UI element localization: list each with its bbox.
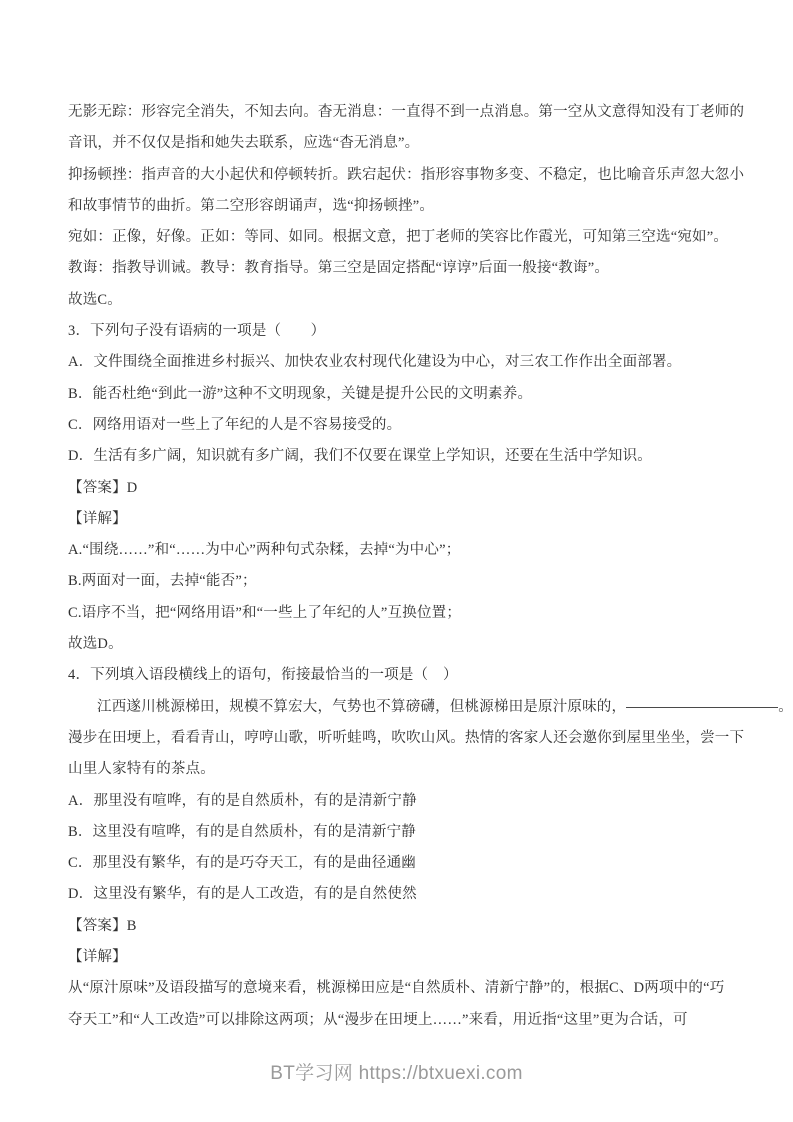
q2-explain-jiaohui: 教诲：指教导训诫。教导：教育指导。第三空是固定搭配“谆谆”后面一般接“教诲”。 (68, 253, 753, 284)
q4-option-a-text: A．那里没有喧哗，有的是自然质朴，有的是清新宁静 (68, 793, 417, 809)
fill-in-blank-line (626, 706, 778, 708)
q2-explain-wanru-text: 宛如：正像，好像。正如：等同、如同。根据文意，把丁老师的笑容比作霞光，可知第三空… (68, 229, 728, 245)
q4-detail-line-1: 从“原汁原味”及语段描写的意境来看，桃源梯田应是“自然质朴、清新宁静”的，根据C… (68, 973, 753, 1004)
q4-option-c: C．那里没有繁华，有的是巧夺天工，有的是曲径通幽 (68, 848, 753, 879)
q3-answer-tag: 【答案】D (68, 473, 753, 504)
q4-passage-line-2: 漫步在田埂上，看看青山，哼哼山歌，听听蛙鸣，吹吹山风。热情的客家人还会邀你到屋里… (68, 723, 753, 754)
q3-option-d: D．生活有多广阔，知识就有多广阔，我们不仅要在课堂上学知识，还要在生活中学知识。 (68, 441, 753, 472)
q4-option-a: A．那里没有喧哗，有的是自然质朴，有的是清新宁静 (68, 786, 753, 817)
q3-conclusion-text: 故选D。 (68, 636, 123, 652)
q3-detail-b: B.两面对一面，去掉“能否”； (68, 566, 753, 597)
q2-explain-wuyingwuzong-line-2: 音讯，并不仅仅是指和她失去联系，应选“杳无消息”。 (68, 128, 753, 159)
q2-explain-wanru: 宛如：正像，好像。正如：等同、如同。根据文意，把丁老师的笑容比作霞光，可知第三空… (68, 222, 753, 253)
q4-detail-tag-text: 【详解】 (68, 949, 127, 965)
q2-explain-jiaohui-text: 教诲：指教导训诫。教导：教育指导。第三空是固定搭配“谆谆”后面一般接“教诲”。 (68, 260, 609, 276)
q4-detail-line-2: 夺天工”和“人工改造”可以排除这两项；从“漫步在田埂上……”来看，用近指“这里”… (68, 1005, 753, 1036)
q4-passage-line-1-post: 。 (778, 699, 793, 715)
q3-answer-tag-text: 【答案】D (68, 480, 137, 496)
q4-detail-line-1-text: 从“原汁原味”及语段描写的意境来看，桃源梯田应是“自然质朴、清新宁静”的，根据C… (68, 980, 724, 996)
q3-detail-b-text: B.两面对一面，去掉“能否”； (68, 573, 257, 589)
q2-explain-yiyangduncuo-line-1-text: 抑扬顿挫：指声音的大小起伏和停顿转折。跌宕起伏：指形容事物多变、不稳定，也比喻音… (68, 167, 744, 183)
q3-detail-tag-text: 【详解】 (68, 511, 127, 527)
q4-passage-line-1-text: 江西遂川桃源梯田，规模不算宏大，气势也不算磅礴，但桃源梯田是原汁原味的， (97, 699, 626, 715)
q3-option-b: B．能否杜绝“到此一游”这种不文明现象，关键是提升公民的文明素养。 (68, 379, 753, 410)
q3-option-a: A．文件围绕全面推进乡村振兴、加快农业农村现代化建设为中心，对三农工作作出全面部… (68, 347, 753, 378)
q3-detail-a: A.“围绕……”和“……为中心”两种句式杂糅，去掉“为中心”； (68, 535, 753, 566)
q3-detail-c-text: C.语序不当，把“网络用语”和“一些上了年纪的人”互换位置； (68, 605, 461, 621)
q2-conclusion: 故选C。 (68, 285, 753, 316)
q4-passage-line-3: 山里人家特有的茶点。 (68, 754, 753, 785)
q3-detail-c: C.语序不当，把“网络用语”和“一些上了年纪的人”互换位置； (68, 598, 753, 629)
q4-detail-line-2-text: 夺天工”和“人工改造”可以排除这两项；从“漫步在田埂上……”来看，用近指“这里”… (68, 1012, 688, 1028)
watermark-site-url: BT学习网 https://btxuexi.com (0, 1058, 793, 1085)
q4-option-c-text: C．那里没有繁华，有的是巧夺天工，有的是曲径通幽 (68, 855, 416, 871)
document-body: 无影无踪：形容完全消失，不知去向。杳无消息：一直得不到一点消息。第一空从文意得知… (68, 97, 753, 1036)
q3-conclusion: 故选D。 (68, 629, 753, 660)
q2-explain-wuyingwuzong-line-2-text: 音讯，并不仅仅是指和她失去联系，应选“杳无消息”。 (68, 135, 419, 151)
q4-passage-line-3-text: 山里人家特有的茶点。 (68, 761, 215, 777)
q4-option-d: D．这里没有繁华，有的是人工改造，有的是自然使然 (68, 879, 753, 910)
q4-option-d-text: D．这里没有繁华，有的是人工改造，有的是自然使然 (68, 886, 417, 902)
q4-detail-tag: 【详解】 (68, 942, 753, 973)
q4-answer-tag: 【答案】B (68, 911, 753, 942)
q3-option-b-text: B．能否杜绝“到此一游”这种不文明现象，关键是提升公民的文明素养。 (68, 386, 532, 402)
q2-conclusion-text: 故选C。 (68, 292, 122, 308)
q3-detail-tag: 【详解】 (68, 504, 753, 535)
q4-option-b: B．这里没有喧哗，有的是自然质朴，有的是清新宁静 (68, 817, 753, 848)
q3-detail-a-text: A.“围绕……”和“……为中心”两种句式杂糅，去掉“为中心”； (68, 542, 460, 558)
q2-explain-yiyangduncuo-line-1: 抑扬顿挫：指声音的大小起伏和停顿转折。跌宕起伏：指形容事物多变、不稳定，也比喻音… (68, 160, 753, 191)
q4-option-b-text: B．这里没有喧哗，有的是自然质朴，有的是清新宁静 (68, 824, 416, 840)
q2-explain-wuyingwuzong-line-1-text: 无影无踪：形容完全消失，不知去向。杳无消息：一直得不到一点消息。第一空从文意得知… (68, 104, 744, 120)
q3-option-c: C．网络用语对一些上了年纪的人是不容易接受的。 (68, 410, 753, 441)
q4-stem: 4．下列填入语段横线上的语句，衔接最恰当的一项是（ ） (68, 660, 753, 691)
q4-passage-line-2-text: 漫步在田埂上，看看青山，哼哼山歌，听听蛙鸣，吹吹山风。热情的客家人还会邀你到屋里… (68, 730, 744, 746)
q4-answer-tag-text: 【答案】B (68, 918, 137, 934)
q3-option-c-text: C．网络用语对一些上了年纪的人是不容易接受的。 (68, 417, 401, 433)
q2-explain-yiyangduncuo-line-2: 和故事情节的曲折。第二空形容朗诵声，选“抑扬顿挫”。 (68, 191, 753, 222)
q2-explain-wuyingwuzong-line-1: 无影无踪：形容完全消失，不知去向。杳无消息：一直得不到一点消息。第一空从文意得知… (68, 97, 753, 128)
q3-stem-text: 3．下列句子没有语病的一项是（ ） (68, 323, 325, 339)
q3-option-d-text: D．生活有多广阔，知识就有多广阔，我们不仅要在课堂上学知识，还要在生活中学知识。 (68, 448, 652, 464)
q4-passage-line-1: 江西遂川桃源梯田，规模不算宏大，气势也不算磅礴，但桃源梯田是原汁原味的，。 (68, 692, 753, 723)
q4-stem-text: 4．下列填入语段横线上的语句，衔接最恰当的一项是（ ） (68, 667, 458, 683)
q2-explain-yiyangduncuo-line-2-text: 和故事情节的曲折。第二空形容朗诵声，选“抑扬顿挫”。 (68, 198, 434, 214)
q3-option-a-text: A．文件围绕全面推进乡村振兴、加快农业农村现代化建设为中心，对三农工作作出全面部… (68, 354, 681, 370)
exam-document-page: 无影无踪：形容完全消失，不知去向。杳无消息：一直得不到一点消息。第一空从文意得知… (0, 0, 793, 1122)
q3-stem: 3．下列句子没有语病的一项是（ ） (68, 316, 753, 347)
